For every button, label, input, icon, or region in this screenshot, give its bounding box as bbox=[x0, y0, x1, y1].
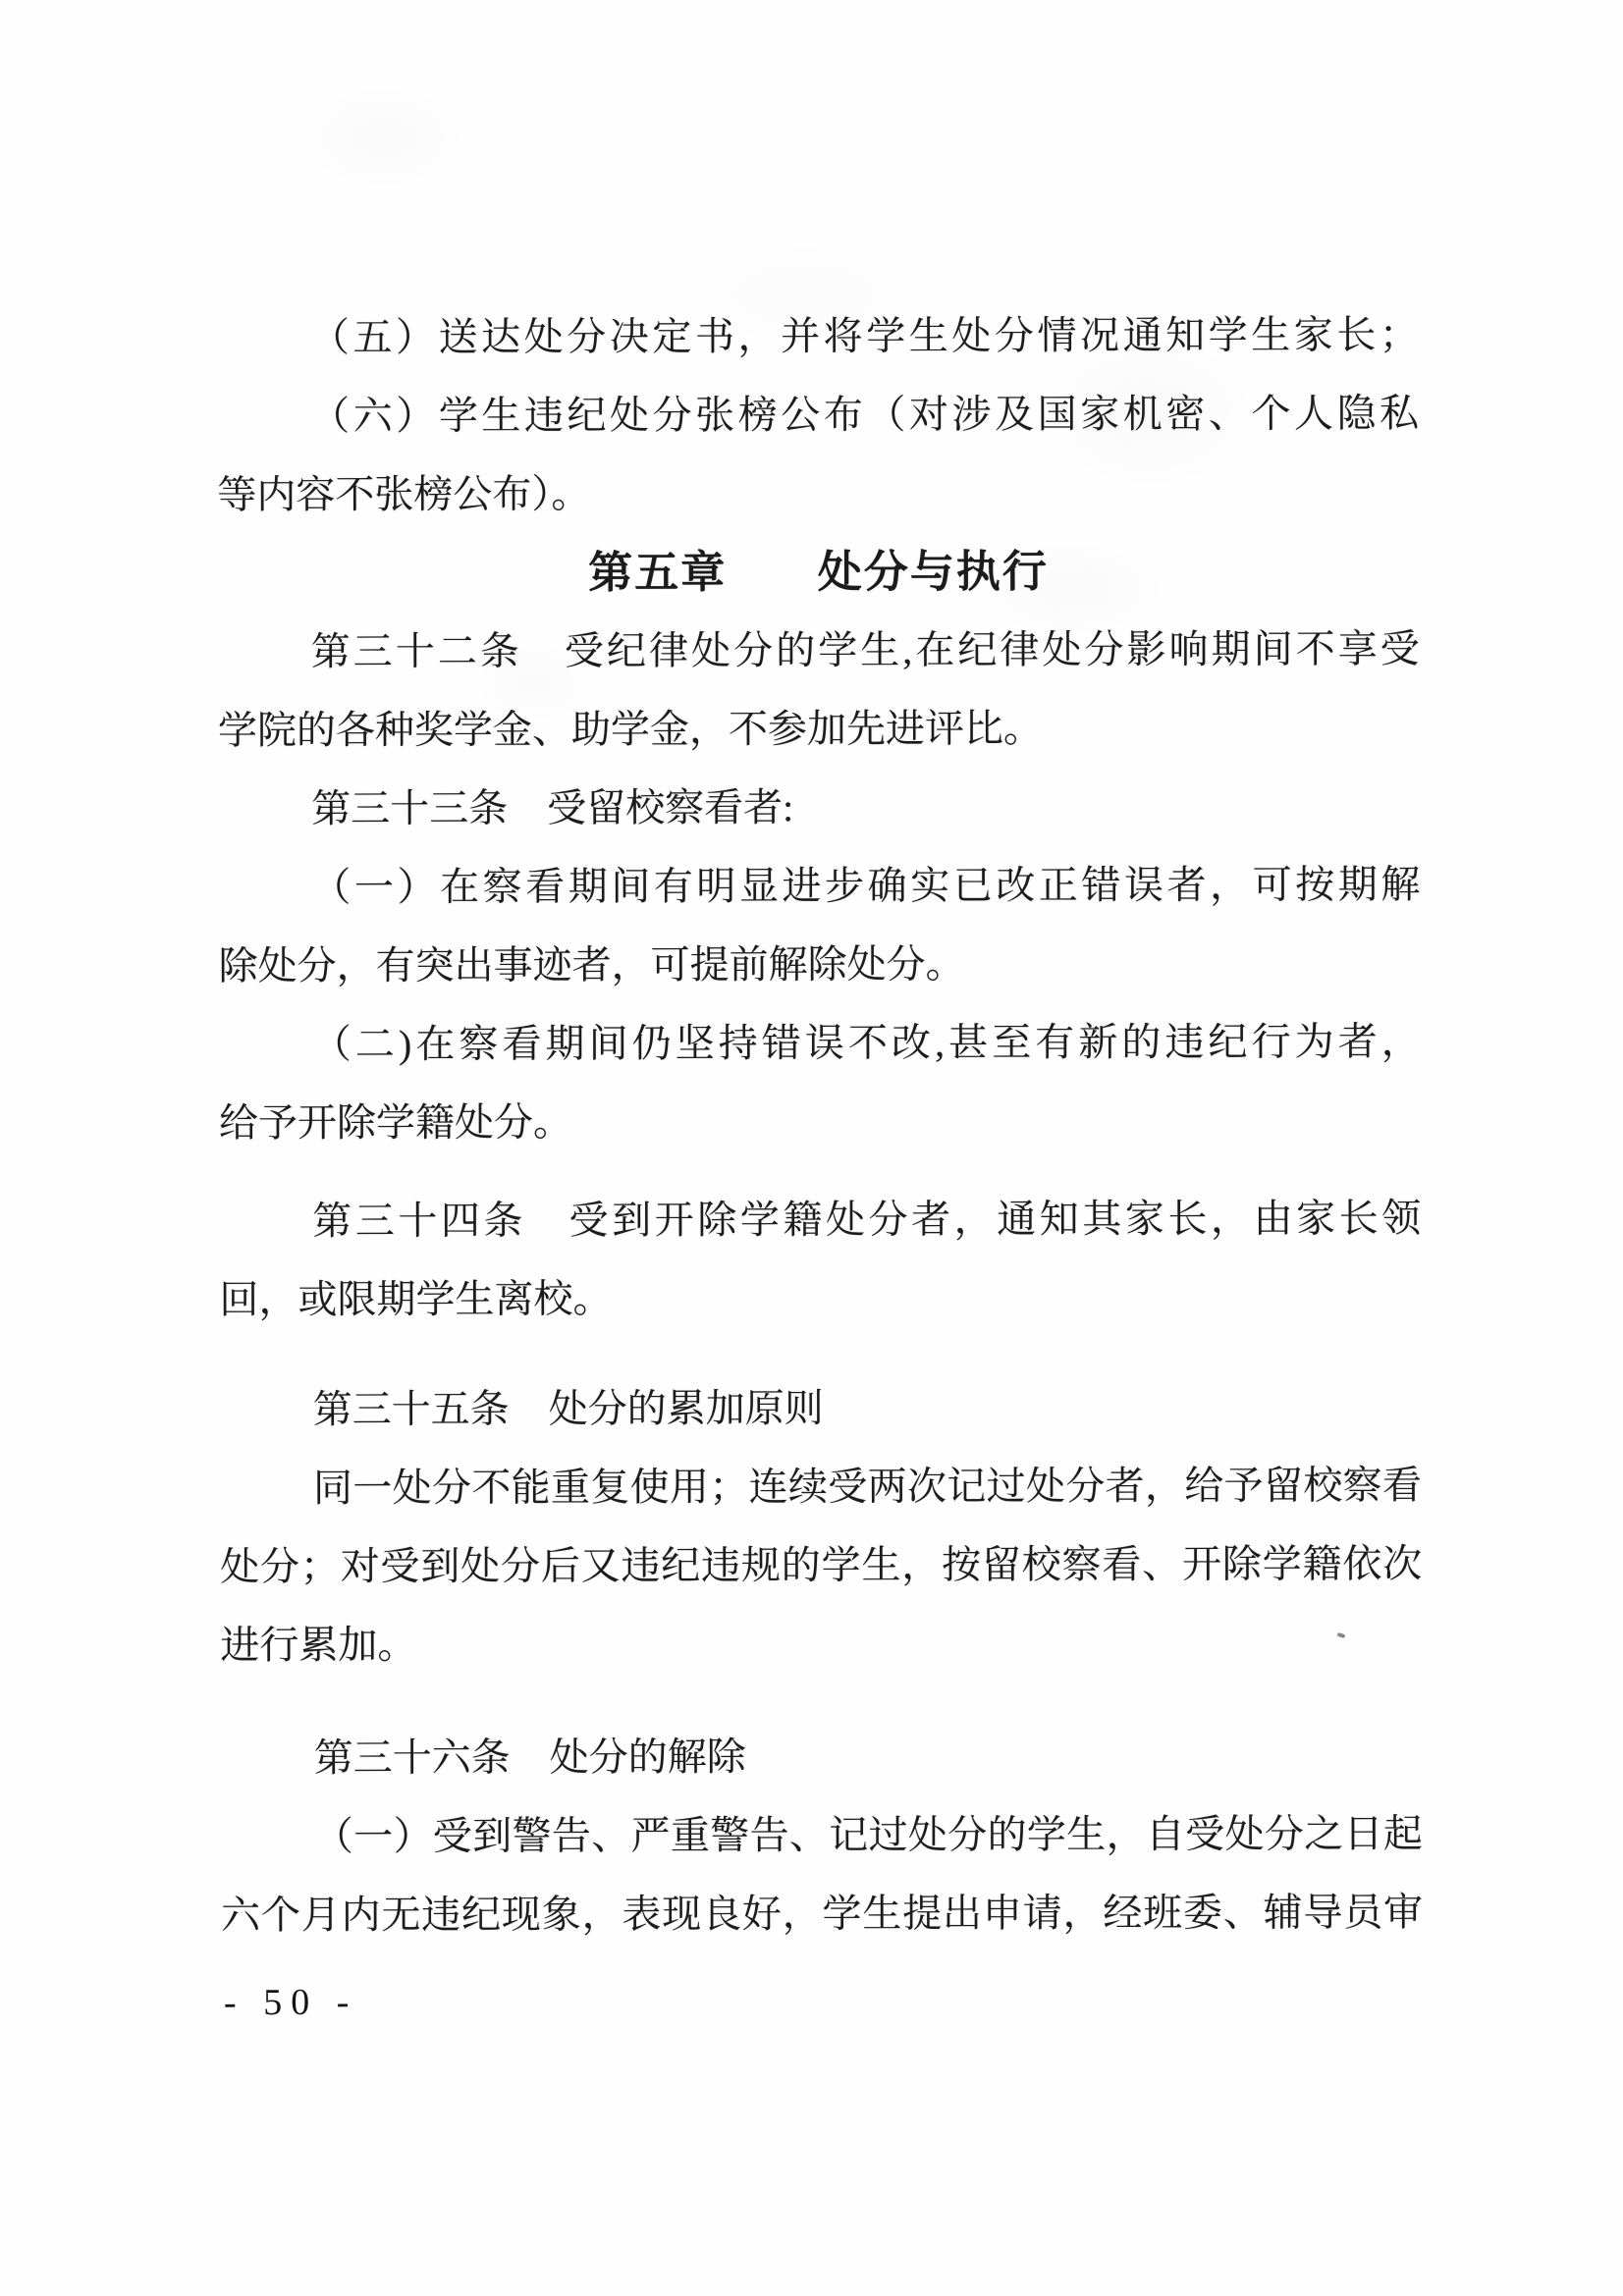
article-35-body-line2: 处分；对受到处分后又违纪违规的学生，按留校察看、开除学籍依次 bbox=[220, 1524, 1422, 1606]
list-item-5: （五）送达处分决定书，并将学生处分情况通知学生家长； bbox=[217, 295, 1419, 377]
list-item-6-line1: （六）学生违纪处分张榜公布（对涉及国家机密、个人隐私 bbox=[217, 374, 1419, 455]
scanned-document-page: （五）送达处分决定书，并将学生处分情况通知学生家长； （六）学生违纪处分张榜公布… bbox=[0, 0, 1623, 2296]
list-item-6-line2: 等内容不张榜公布）。 bbox=[217, 453, 1419, 534]
article-33-heading: 第三十三条 受留校察看者: bbox=[218, 767, 1420, 848]
article-33-item2-line2: 给予开除学籍处分。 bbox=[219, 1081, 1421, 1162]
article-36-item1-line1: （一）受到警告、严重警告、记过处分的学生，自受处分之日起 bbox=[221, 1794, 1423, 1876]
article-36-heading: 第三十六条 处分的解除 bbox=[221, 1716, 1423, 1797]
article-32-line2: 学院的各种奖学金、助学金，不参加先进评比。 bbox=[218, 688, 1420, 770]
article-34-line1: 第三十四条 受到开除学籍处分者，通知其家长，由家长领 bbox=[219, 1179, 1421, 1260]
chapter-heading: 第五章 处分与执行 bbox=[217, 531, 1419, 613]
article-33-item1-line1: （一）在察看期间有明显进步确实已改正错误者，可按期解 bbox=[218, 845, 1420, 927]
chapter-number: 第五章 bbox=[588, 547, 727, 597]
article-35-heading: 第三十五条 处分的累加原则 bbox=[220, 1367, 1422, 1449]
article-35-body-line1: 同一处分不能重复使用；连续受两次记过处分者，给予留校察看 bbox=[220, 1446, 1422, 1527]
chapter-title: 处分与执行 bbox=[818, 546, 1049, 597]
article-33-item2-line1: （二)在察看期间仍坚持错误不改,甚至有新的违纪行为者， bbox=[219, 1002, 1421, 1084]
article-32-line1: 第三十二条 受纪律处分的学生,在纪律处分影响期间不享受 bbox=[218, 610, 1420, 691]
article-35-body-line3: 进行累加。 bbox=[220, 1603, 1422, 1684]
page-number: - 50 - bbox=[224, 1981, 357, 2024]
page-text-block: （五）送达处分决定书，并将学生处分情况通知学生家长； （六）学生违纪处分张榜公布… bbox=[217, 295, 1423, 1954]
article-36-item1-line2: 六个月内无违纪现象，表现良好，学生提出申请，经班委、辅导员审 bbox=[221, 1873, 1423, 1954]
article-33-item1-line2: 除处分，有突出事迹者，可提前解除处分。 bbox=[218, 924, 1420, 1005]
article-34-line2: 回，或限期学生离校。 bbox=[219, 1257, 1421, 1339]
